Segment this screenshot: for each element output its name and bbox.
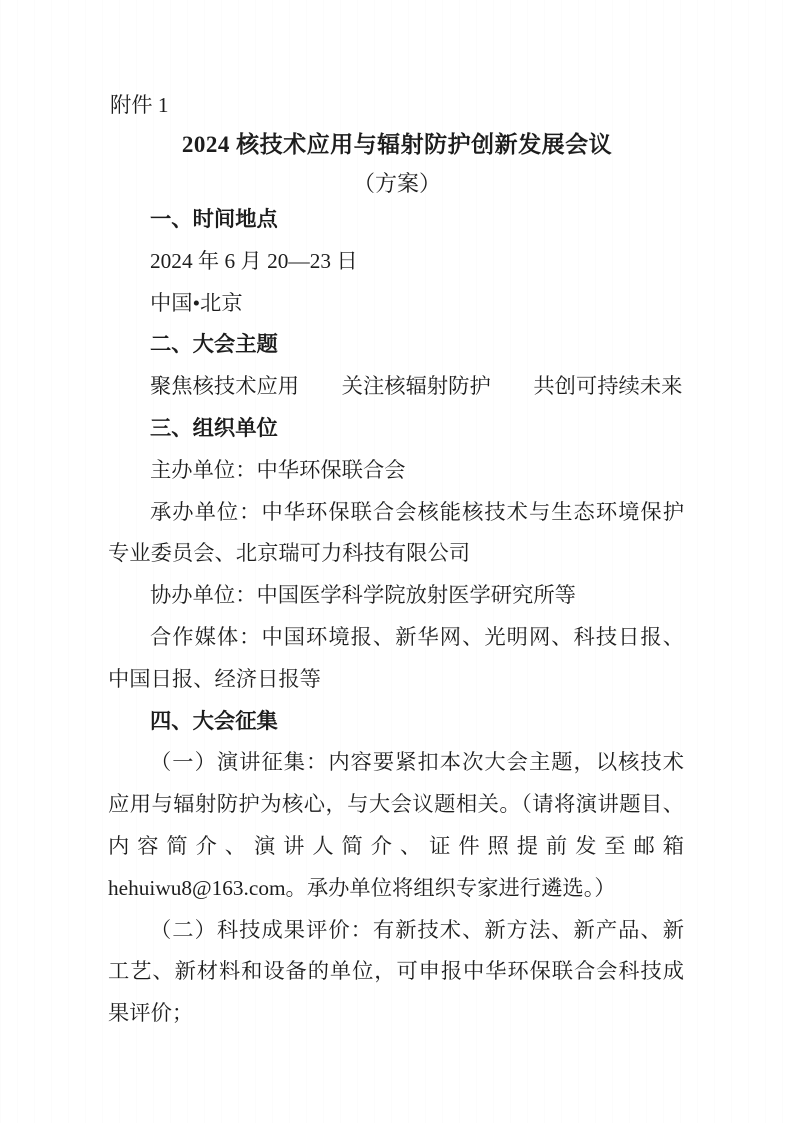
text-line: 中国•北京 [108, 283, 684, 325]
section-heading: 四、大会征集 [108, 701, 684, 743]
text-line: （二）科技成果评价：有新技术、新方法、新产品、新 [108, 910, 684, 952]
text-line: 聚焦核技术应用 关注核辐射防护 共创可持续未来 [108, 366, 684, 408]
section-heading: 一、时间地点 [108, 199, 684, 241]
text-line: hehuiwu8@163.com。承办单位将组织专家进行遴选。） [108, 868, 684, 910]
text-line: 应用与辐射防护为核心，与大会议题相关。（请将演讲题目、 [108, 784, 684, 826]
section-heading: 二、大会主题 [108, 324, 684, 366]
text-line: 工艺、新材料和设备的单位，可申报中华环保联合会科技成 [108, 951, 684, 993]
attachment-label: 附件 1 [110, 84, 169, 126]
text-line: 合作媒体：中国环境报、新华网、光明网、科技日报、 [108, 617, 684, 659]
text-line: 中国日报、经济日报等 [108, 659, 684, 701]
document-body: 一、时间地点2024 年 6 月 20—23 日中国•北京二、大会主题聚焦核技术… [108, 199, 684, 1035]
text-line: 专业委员会、北京瑞可力科技有限公司 [108, 533, 684, 575]
text-line: 内容简介、演讲人简介、证件照提前发至邮箱 [108, 826, 684, 868]
text-line: 果评价； [108, 993, 684, 1035]
document-title: 2024 核技术应用与辐射防护创新发展会议 [0, 124, 794, 166]
text-line: （一）演讲征集：内容要紧扣本次大会主题，以核技术 [108, 742, 684, 784]
text-line: 主办单位：中华环保联合会 [108, 450, 684, 492]
text-line: 承办单位：中华环保联合会核能核技术与生态环境保护 [108, 492, 684, 534]
document-page: 附件 1 2024 核技术应用与辐射防护创新发展会议 （方案） 一、时间地点20… [0, 0, 794, 1123]
section-heading: 三、组织单位 [108, 408, 684, 450]
text-line: 2024 年 6 月 20—23 日 [108, 241, 684, 283]
text-line: 协办单位：中国医学科学院放射医学研究所等 [108, 575, 684, 617]
